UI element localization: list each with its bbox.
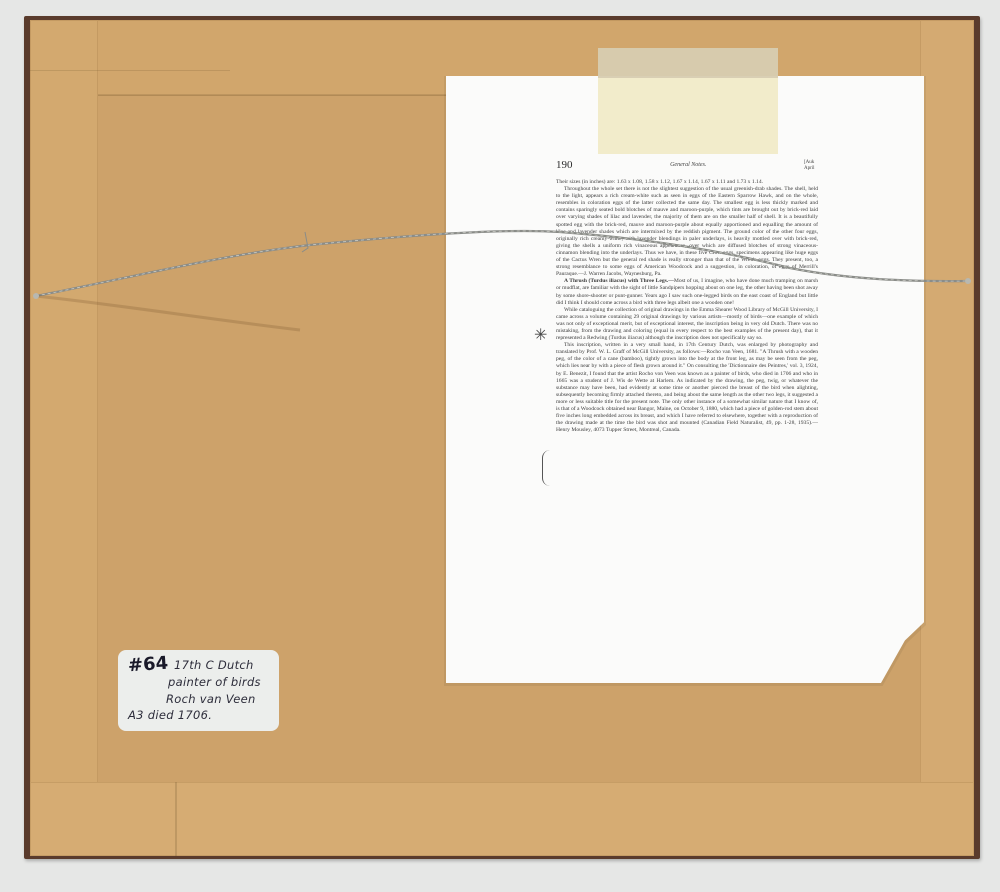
asterisk-annotation-icon: ✳: [534, 325, 547, 344]
label-number: #64: [127, 653, 169, 677]
page-number: 190: [556, 162, 573, 169]
label-line: painter of birds: [168, 675, 261, 689]
tape-strip-bottom: [30, 782, 974, 856]
handwritten-label: #64 17th C Dutch painter of birds Roch v…: [118, 650, 279, 731]
journal-tag: [Auk April: [804, 160, 818, 171]
tape-strip-right: [920, 20, 974, 856]
label-line: Roch van Veen: [166, 692, 256, 706]
paragraph: Throughout the whole set there is not th…: [556, 186, 818, 278]
bracket-annotation-icon: [542, 450, 551, 486]
note-title: A Thrush (Turdus iliacus) with Three Leg…: [564, 278, 674, 284]
label-line: 17th C Dutch: [174, 658, 254, 672]
running-head: General Notes.: [670, 162, 706, 169]
paragraph: This inscription, written in a very smal…: [556, 342, 818, 434]
page-header: 190 General Notes. [Auk April: [556, 160, 818, 171]
journal-page-text: 190 General Notes. [Auk April Their size…: [556, 160, 818, 434]
label-line: A3 died 1706.: [128, 708, 212, 722]
tape-seam: [175, 782, 177, 856]
masking-tape: [598, 48, 778, 154]
tape-strip-left: [30, 20, 98, 856]
paragraph: A Thrush (Turdus iliacus) with Three Leg…: [556, 278, 818, 306]
tape-seam: [30, 70, 230, 71]
paragraph: While cataloguing the collection of orig…: [556, 307, 818, 342]
